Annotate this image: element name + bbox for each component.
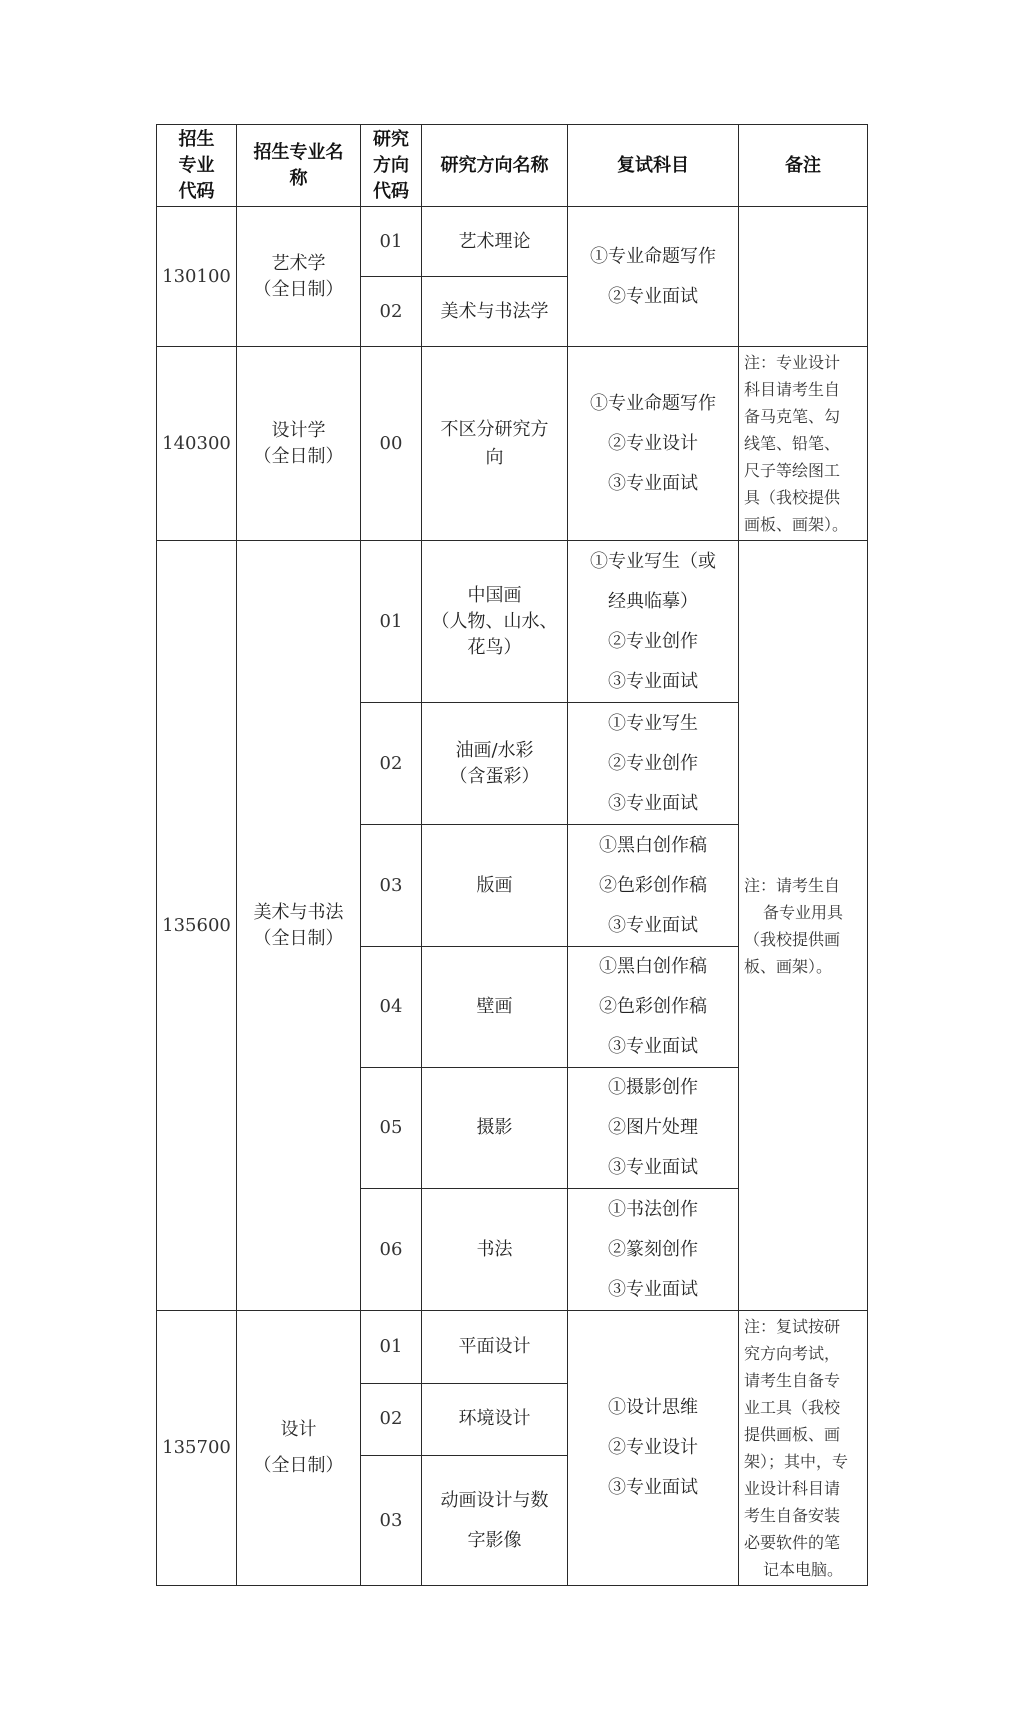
remark: 注：专业设计 科目请考生自 备马克笔、勾 线笔、铅笔、 尺子等绘图工 具（我校提… (739, 347, 868, 541)
subject-item: ①书法创作 (572, 1190, 734, 1230)
direction-code: 02 (361, 703, 422, 825)
remark-line: 提供画板、画 (744, 1421, 862, 1448)
subject-item: ③专业面试 (572, 464, 734, 504)
table-row: 130100 艺术学 （全日制） 01 艺术理论 ①专业命题写作 ②专业面试 (157, 207, 868, 277)
remark-line: 具（我校提供 (744, 484, 862, 511)
header-line: 招生 (161, 127, 232, 153)
direction-name: 壁画 (422, 947, 568, 1068)
direction-name-line: 不区分研究方 (426, 416, 563, 444)
direction-name-line: 花鸟） (426, 635, 563, 661)
study-mode: （全日制） (241, 1448, 356, 1484)
remark-line: 注：请考生自 (744, 872, 862, 899)
header-line: 招生专业名 (241, 140, 356, 166)
remark-line: 业设计科目请 (744, 1475, 862, 1502)
header-remarks: 备注 (739, 125, 868, 207)
admission-table: 招生 专业 代码 招生专业名 称 研究 方向 代码 研究方向名称 复试科目 备注… (156, 124, 868, 1586)
direction-name: 美术与书法学 (422, 277, 568, 347)
subject-item: ③专业面试 (572, 1468, 734, 1508)
header-line: 专业 (161, 153, 232, 179)
major-name: 设计 （全日制） (237, 1311, 361, 1586)
direction-code: 01 (361, 207, 422, 277)
direction-name-line: 向 (426, 444, 563, 472)
study-mode: （全日制） (241, 444, 356, 470)
major-name-text: 设计学 (241, 418, 356, 444)
direction-code: 00 (361, 347, 422, 541)
header-line: 称 (241, 166, 356, 192)
major-code: 130100 (157, 207, 237, 347)
major-code: 135700 (157, 1311, 237, 1586)
direction-name-line: 动画设计与数 (426, 1481, 563, 1521)
exam-subjects: ①专业写生（或 经典临摹） ②专业创作 ③专业面试 (568, 541, 739, 703)
remark: 注：复试按研 究方向考试， 请考生自备专 业工具（我校 提供画板、画 架）；其中… (739, 1311, 868, 1586)
remark-line: 备专业用具 (744, 899, 862, 926)
remark-line: 必要软件的笔 (744, 1529, 862, 1556)
exam-subjects: ①专业写生 ②专业创作 ③专业面试 (568, 703, 739, 825)
direction-name: 平面设计 (422, 1311, 568, 1384)
remark-line: （我校提供画 (744, 926, 862, 953)
direction-code: 03 (361, 825, 422, 947)
major-name-text: 美术与书法 (241, 900, 356, 926)
major-name: 设计学 （全日制） (237, 347, 361, 541)
exam-subjects: ①书法创作 ②篆刻创作 ③专业面试 (568, 1189, 739, 1311)
direction-code: 06 (361, 1189, 422, 1311)
major-name: 艺术学 （全日制） (237, 207, 361, 347)
direction-name-line: 中国画 (426, 583, 563, 609)
direction-name-line: （人物、山水、 (426, 609, 563, 635)
direction-name-line: 油画/水彩 (426, 738, 563, 764)
subject-item: ①设计思维 (572, 1388, 734, 1428)
direction-name: 版画 (422, 825, 568, 947)
header-line: 方向 (365, 153, 417, 179)
subject-item: ①黑白创作稿 (572, 826, 734, 866)
header-major-name: 招生专业名 称 (237, 125, 361, 207)
exam-subjects: ①专业命题写作 ②专业设计 ③专业面试 (568, 347, 739, 541)
exam-subjects: ①摄影创作 ②图片处理 ③专业面试 (568, 1068, 739, 1189)
direction-name: 不区分研究方 向 (422, 347, 568, 541)
subject-item: ①专业命题写作 (572, 237, 734, 277)
direction-name-line: 字影像 (426, 1521, 563, 1561)
subject-item: ③专业面试 (572, 1148, 734, 1188)
study-mode: （全日制） (241, 277, 356, 303)
subject-item: 经典临摹） (572, 582, 734, 622)
direction-code: 02 (361, 1383, 422, 1456)
subject-item: ①专业命题写作 (572, 384, 734, 424)
study-mode: （全日制） (241, 926, 356, 952)
direction-code: 02 (361, 277, 422, 347)
subject-item: ③专业面试 (572, 906, 734, 946)
remark (739, 207, 868, 347)
exam-subjects: ①黑白创作稿 ②色彩创作稿 ③专业面试 (568, 947, 739, 1068)
header-subjects: 复试科目 (568, 125, 739, 207)
direction-name: 中国画 （人物、山水、 花鸟） (422, 541, 568, 703)
subject-item: ①黑白创作稿 (572, 947, 734, 987)
remark: 注：请考生自 备专业用具 （我校提供画 板、画架）。 (739, 541, 868, 1311)
remark-line: 线笔、铅笔、 (744, 430, 862, 457)
direction-code: 05 (361, 1068, 422, 1189)
direction-name: 环境设计 (422, 1383, 568, 1456)
table-row: 135600 美术与书法 （全日制） 01 中国画 （人物、山水、 花鸟） ①专… (157, 541, 868, 703)
header-direction-name: 研究方向名称 (422, 125, 568, 207)
direction-name: 摄影 (422, 1068, 568, 1189)
exam-subjects: ①专业命题写作 ②专业面试 (568, 207, 739, 347)
exam-subjects: ①黑白创作稿 ②色彩创作稿 ③专业面试 (568, 825, 739, 947)
remark-line: 板、画架）。 (744, 953, 862, 980)
remark-line: 请考生自备专 (744, 1367, 862, 1394)
subject-item: ③专业面试 (572, 784, 734, 824)
header-direction-code: 研究 方向 代码 (361, 125, 422, 207)
remark-line: 尺子等绘图工 (744, 457, 862, 484)
subject-item: ②色彩创作稿 (572, 866, 734, 906)
subject-item: ②篆刻创作 (572, 1230, 734, 1270)
major-name-text: 艺术学 (241, 251, 356, 277)
direction-name: 动画设计与数 字影像 (422, 1456, 568, 1586)
remark-line: 画板、画架）。 (744, 511, 862, 538)
subject-item: ②图片处理 (572, 1108, 734, 1148)
header-major-code: 招生 专业 代码 (157, 125, 237, 207)
subject-item: ①专业写生（或 (572, 542, 734, 582)
table-row: 140300 设计学 （全日制） 00 不区分研究方 向 ①专业命题写作 ②专业… (157, 347, 868, 541)
subject-item: ③专业面试 (572, 1027, 734, 1067)
remark-line: 究方向考试， (744, 1340, 862, 1367)
subject-item: ①专业写生 (572, 704, 734, 744)
direction-code: 01 (361, 541, 422, 703)
direction-code: 01 (361, 1311, 422, 1384)
direction-code: 03 (361, 1456, 422, 1586)
major-code: 135600 (157, 541, 237, 1311)
subject-item: ②色彩创作稿 (572, 987, 734, 1027)
remark-line: 科目请考生自 (744, 376, 862, 403)
major-name: 美术与书法 （全日制） (237, 541, 361, 1311)
subject-item: ③专业面试 (572, 662, 734, 702)
header-line: 研究 (365, 127, 417, 153)
header-line: 代码 (365, 179, 417, 205)
direction-name: 油画/水彩 （含蛋彩） (422, 703, 568, 825)
major-code: 140300 (157, 347, 237, 541)
direction-name: 书法 (422, 1189, 568, 1311)
remark-line: 记本电脑。 (744, 1556, 862, 1583)
remark-line: 业工具（我校 (744, 1394, 862, 1421)
header-row: 招生 专业 代码 招生专业名 称 研究 方向 代码 研究方向名称 复试科目 备注 (157, 125, 868, 207)
subject-item: ②专业创作 (572, 744, 734, 784)
major-name-text: 设计 (241, 1412, 356, 1448)
remark-line: 备马克笔、勾 (744, 403, 862, 430)
direction-code: 04 (361, 947, 422, 1068)
direction-name: 艺术理论 (422, 207, 568, 277)
exam-subjects: ①设计思维 ②专业设计 ③专业面试 (568, 1311, 739, 1586)
subject-item: ②专业创作 (572, 622, 734, 662)
direction-name-line: （含蛋彩） (426, 764, 563, 790)
subject-item: ①摄影创作 (572, 1068, 734, 1108)
subject-item: ②专业设计 (572, 424, 734, 464)
remark-line: 架）；其中，专 (744, 1448, 862, 1475)
header-line: 代码 (161, 179, 232, 205)
remark-line: 注：专业设计 (744, 349, 862, 376)
subject-item: ②专业面试 (572, 277, 734, 317)
subject-item: ②专业设计 (572, 1428, 734, 1468)
subject-item: ③专业面试 (572, 1270, 734, 1310)
table-row: 135700 设计 （全日制） 01 平面设计 ①设计思维 ②专业设计 ③专业面… (157, 1311, 868, 1384)
remark-line: 考生自备安装 (744, 1502, 862, 1529)
remark-line: 注：复试按研 (744, 1313, 862, 1340)
